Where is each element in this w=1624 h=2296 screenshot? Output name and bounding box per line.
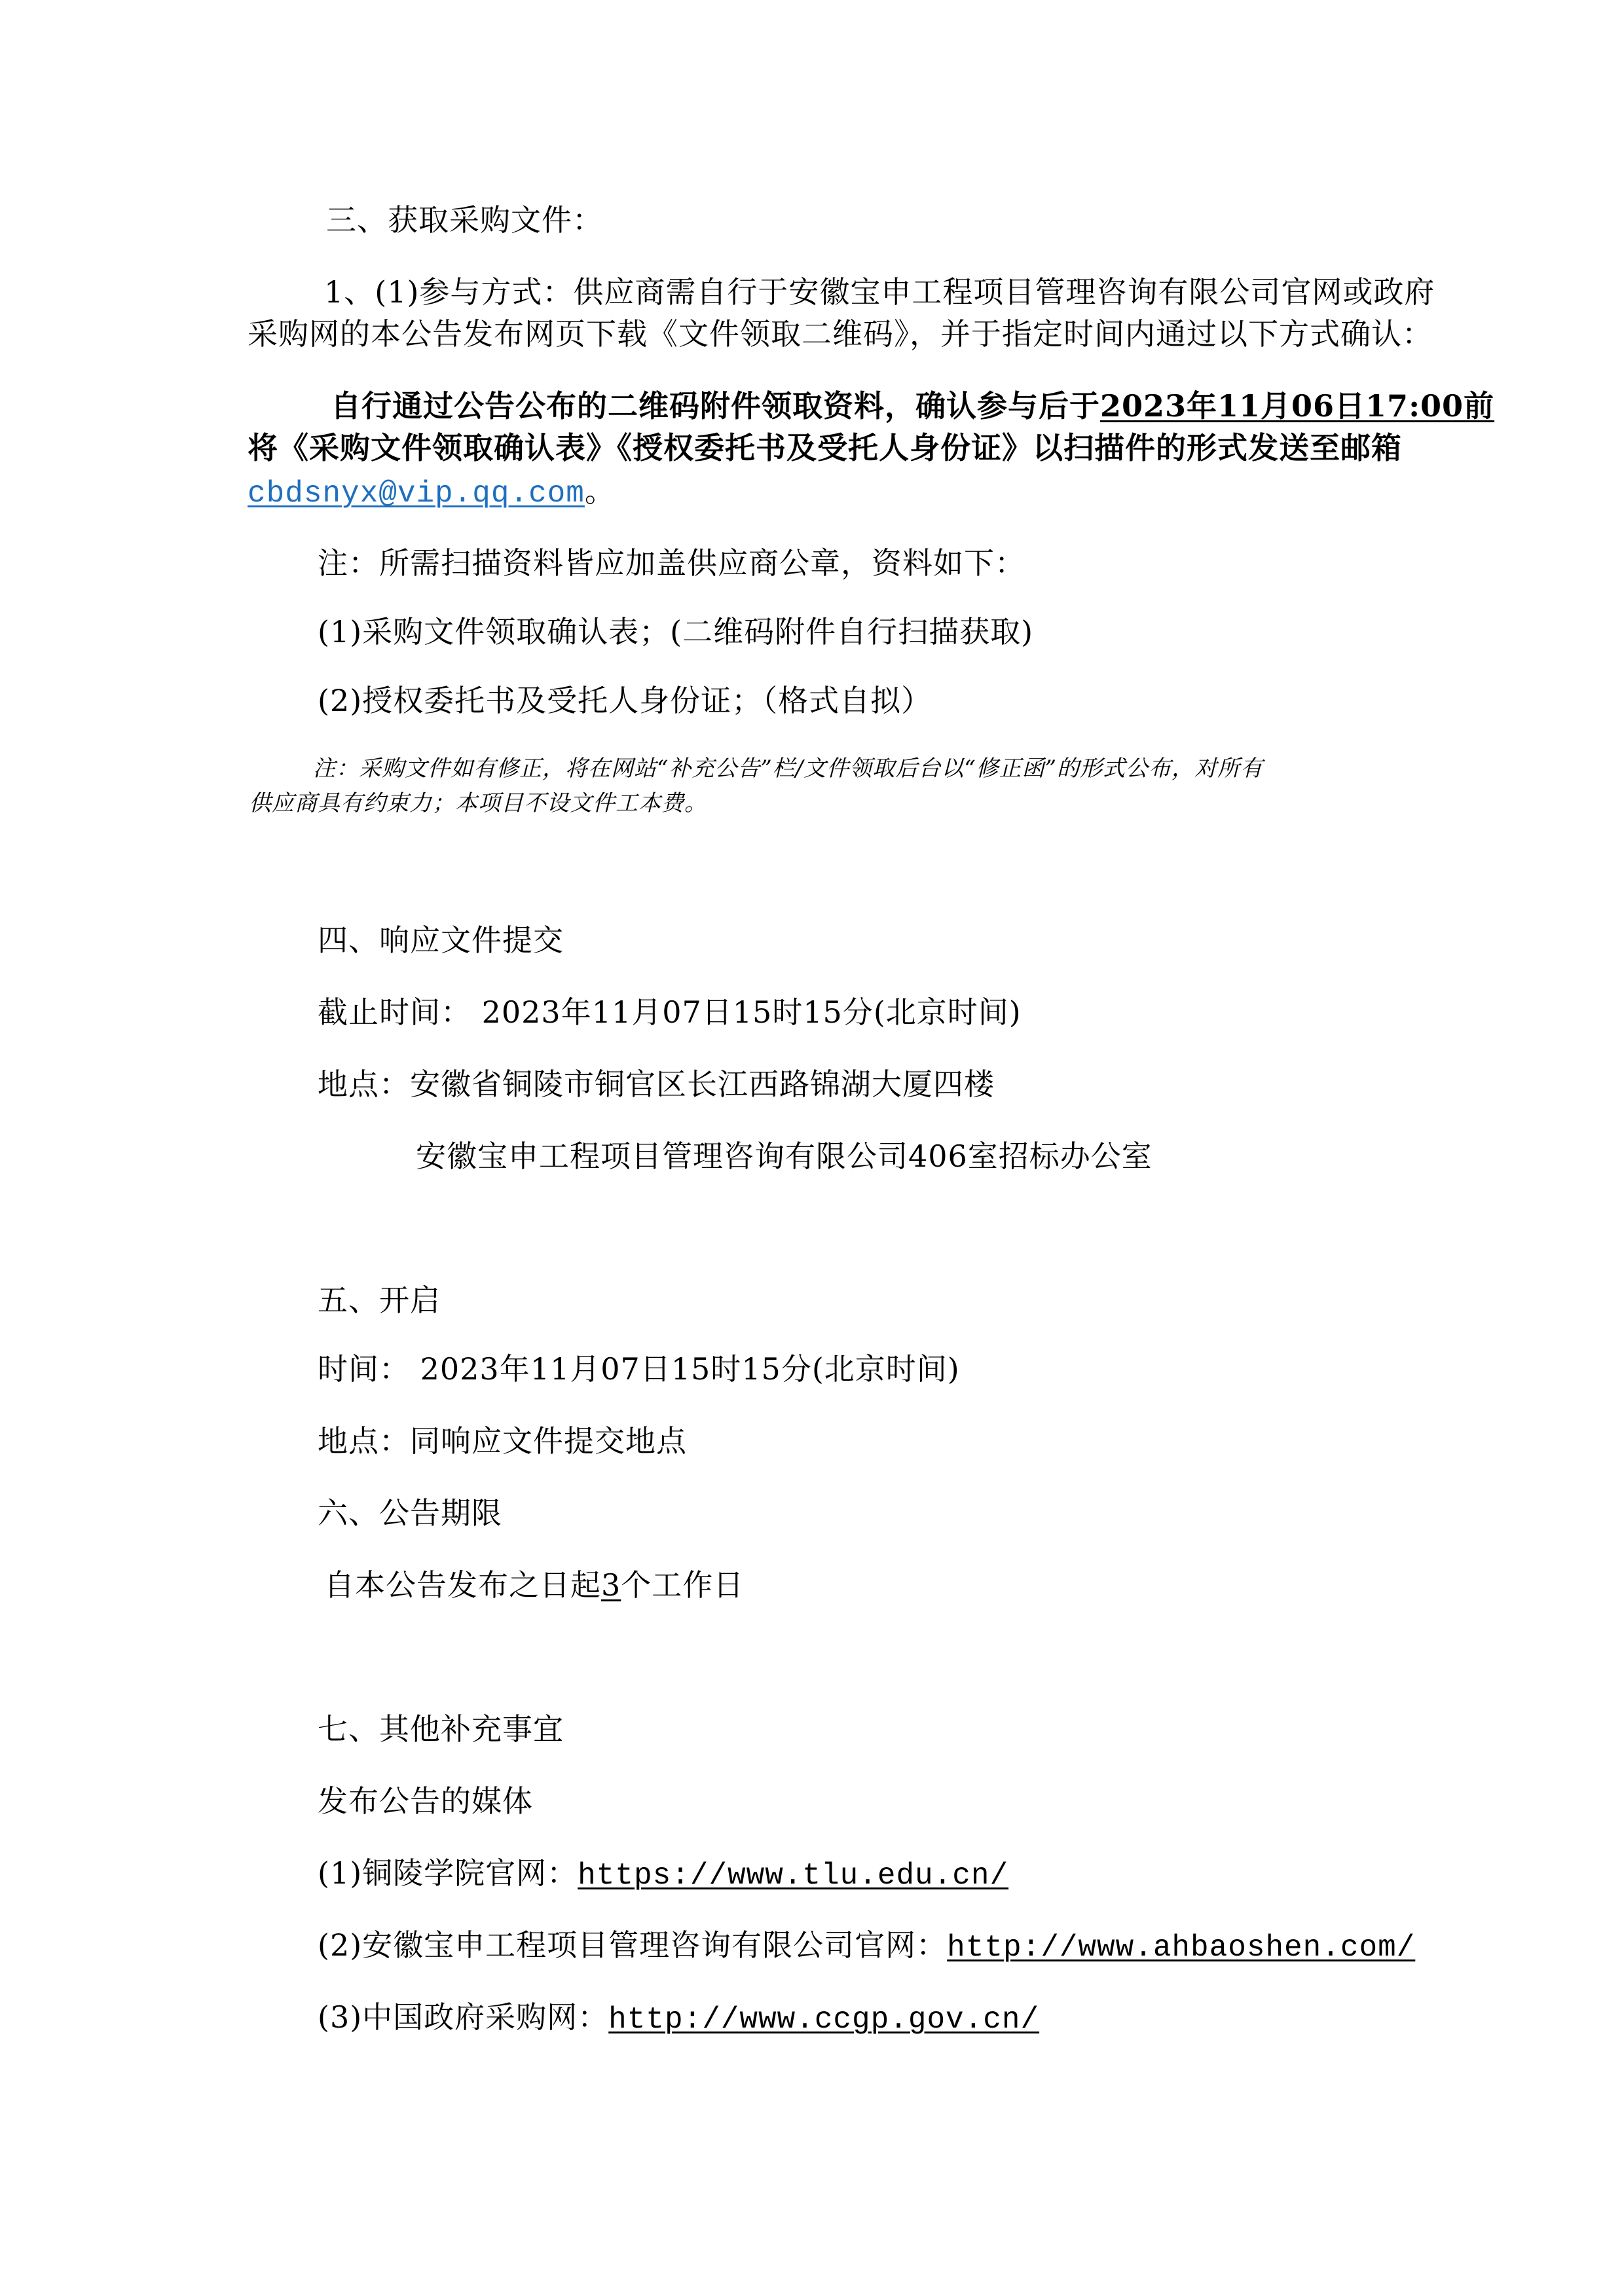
section5-heading: 五、开启 (318, 1282, 441, 1319)
opening-time: 时间： 2023年11月07日15时15分(北京时间) (318, 1351, 960, 1387)
media-item-link[interactable]: https://www.tlu.edu.cn/ (578, 1859, 1008, 1893)
media-item-3: (3)中国政府采购网：http://www.ccgp.gov.cn/ (318, 1999, 1039, 2038)
para2-text: 自行通过公告公布的二维码附件领取资料，确认参与后于 (331, 388, 1100, 424)
media-item-label: (2)安徽宝申工程项目管理咨询有限公司官网： (318, 1927, 947, 1963)
required-item-1: (1)采购文件领取确认表；(二维码附件自行扫描获取) (318, 613, 1033, 650)
section3-para1-line2: 采购网的本公告发布网页下载《文件领取二维码》，并于指定时间内通过以下方式确认： (248, 316, 1433, 352)
period-text-a: 自本公告发布之日起 (324, 1567, 601, 1603)
media-item-label: (1)铜陵学院官网： (318, 1855, 578, 1891)
section4-heading: 四、响应文件提交 (318, 922, 564, 958)
submission-location-line2: 安徽宝申工程项目管理咨询有限公司406室招标办公室 (416, 1138, 1153, 1175)
required-item-2: (2)授权委托书及受托人身份证；（格式自拟） (318, 682, 932, 719)
opening-location: 地点：同响应文件提交地点 (318, 1423, 687, 1459)
media-item-link[interactable]: http://www.ccgp.gov.cn/ (608, 2003, 1039, 2037)
scan-note: 注：所需扫描资料皆应加盖供应商公章，资料如下： (318, 545, 1025, 581)
section3-para2-line2: 将《采购文件领取确认表》《授权委托书及受托人身份证》以扫描件的形式发送至邮箱 (248, 429, 1402, 466)
media-label: 发布公告的媒体 (318, 1783, 533, 1819)
email-suffix: 。 (585, 473, 616, 509)
media-item-1: (1)铜陵学院官网：https://www.tlu.edu.cn/ (318, 1855, 1008, 1894)
section6-heading: 六、公告期限 (318, 1495, 502, 1531)
submission-location-line1: 地点：安徽省铜陵市铜官区长江西路锦湖大厦四楼 (318, 1066, 995, 1102)
section3-para2-line1: 自行通过公告公布的二维码附件领取资料，确认参与后于2023年11月06日17:0… (331, 388, 1494, 424)
section7-heading: 七、其他补充事宜 (318, 1711, 564, 1747)
amendment-note-line2: 供应商具有约束力；本项目不设文件工本费。 (249, 789, 707, 818)
media-item-link[interactable]: http://www.ahbaoshen.com/ (947, 1931, 1415, 1965)
submission-deadline: 截止时间： 2023年11月07日15时15分(北京时间) (318, 994, 1022, 1030)
period-text-b: 个工作日 (621, 1567, 744, 1603)
section3-heading: 三、获取采购文件： (326, 202, 603, 238)
amendment-note-line1: 注：采购文件如有修正，将在网站“补充公告”栏/文件领取后台以“修正函”的形式公布… (313, 754, 1263, 783)
email-link[interactable]: cbdsnyx@vip.qq.com (248, 477, 585, 511)
section3-para1-line1: 1、(1)参与方式：供应商需自行于安徽宝申工程项目管理咨询有限公司官网或政府 (324, 274, 1435, 310)
period-days: 3 (601, 1567, 621, 1603)
media-item-label: (3)中国政府采购网： (318, 1999, 608, 2035)
email-line: cbdsnyx@vip.qq.com。 (248, 473, 616, 512)
media-item-2: (2)安徽宝申工程项目管理咨询有限公司官网：http://www.ahbaosh… (318, 1927, 1415, 1966)
confirm-deadline: 2023年11月06日17:00前 (1100, 388, 1494, 424)
announcement-period: 自本公告发布之日起3个工作日 (324, 1567, 744, 1603)
